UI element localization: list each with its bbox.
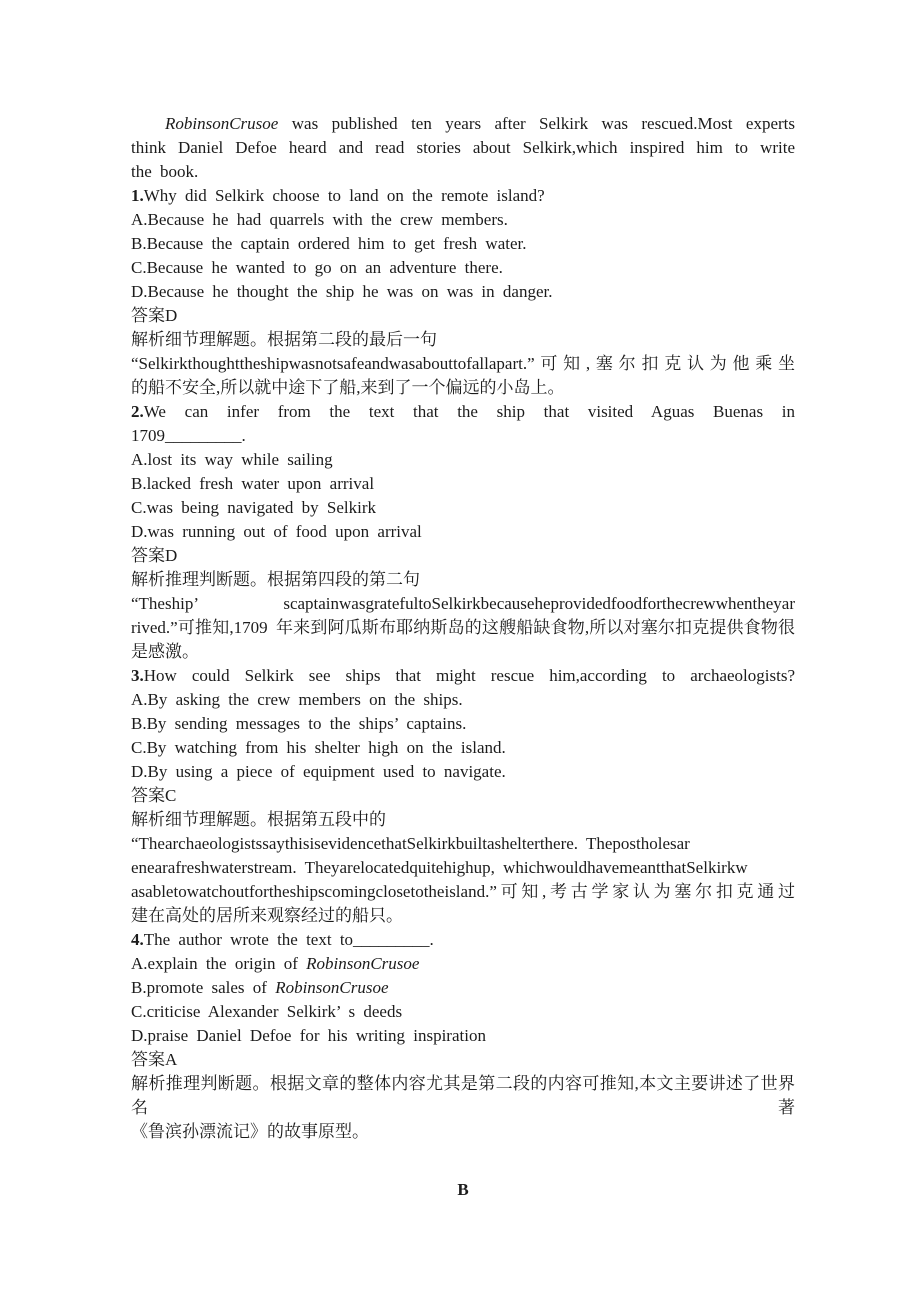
question-2: 2.We can infer from the text that the sh… xyxy=(131,400,795,424)
question-3: 3.How could Selkirk see ships that might… xyxy=(131,664,795,688)
text-segment: C.was being navigated by Selkirk xyxy=(131,498,376,517)
document-body: RobinsonCrusoe was published ten years a… xyxy=(131,112,795,1202)
text-segment: 的船不安全,所以就中途下了船,来到了一个偏远的小岛上。 xyxy=(131,378,565,397)
question-2-blank: 1709_________. xyxy=(131,424,795,448)
text-segment: 答案A xyxy=(131,1050,177,1069)
text-segment: RobinsonCrusoe xyxy=(165,114,278,133)
analysis-3-quote: asabletowatchoutfortheshipscomingcloseto… xyxy=(131,880,795,904)
text-segment: A.By asking the crew members on the ship… xyxy=(131,690,463,709)
document-page: RobinsonCrusoe was published ten years a… xyxy=(0,0,920,1302)
analysis-1: 解析细节理解题。根据第二段的最后一句 xyxy=(131,328,795,352)
option-2-a: A.lost its way while sailing xyxy=(131,448,795,472)
text-segment: 解析细节理解题。根据第五段中的 xyxy=(131,810,386,829)
text-segment: B.By sending messages to the ships’ capt… xyxy=(131,714,466,733)
text-segment: Why did Selkirk choose to land on the re… xyxy=(144,186,545,205)
text-segment: 1. xyxy=(131,186,144,205)
text-segment: 《鲁滨孙漂流记》的故事原型。 xyxy=(131,1122,369,1141)
option-2-b: B.lacked fresh water upon arrival xyxy=(131,472,795,496)
text-segment: 3. xyxy=(131,666,144,685)
analysis-3-text: 建在高处的居所来观察经过的船只。 xyxy=(131,904,795,928)
text-segment: D.By using a piece of equipment used to … xyxy=(131,762,506,781)
option-1-d: D.Because he thought the ship he was on … xyxy=(131,280,795,304)
option-4-a: A.explain the origin of RobinsonCrusoe xyxy=(131,952,795,976)
passage-line: RobinsonCrusoe was published ten years a… xyxy=(131,112,795,136)
text-segment: C.Because he wanted to go on an adventur… xyxy=(131,258,503,277)
text-segment: was published ten years after Selkirk wa… xyxy=(278,114,795,133)
passage-line: think Daniel Defoe heard and read storie… xyxy=(131,136,795,160)
option-3-b: B.By sending messages to the ships’ capt… xyxy=(131,712,795,736)
text-segment: “Theship’ scaptainwasgratefultoSelkirkbe… xyxy=(131,594,795,613)
text-segment: B.promote sales of xyxy=(131,978,275,997)
question-1: 1.Why did Selkirk choose to land on the … xyxy=(131,184,795,208)
text-segment: D.praise Daniel Defoe for his writing in… xyxy=(131,1026,486,1045)
text-segment: How could Selkirk see ships that might r… xyxy=(144,666,795,685)
text-segment: A.lost its way while sailing xyxy=(131,450,333,469)
blank-line xyxy=(131,1144,795,1168)
analysis-4-text: 《鲁滨孙漂流记》的故事原型。 xyxy=(131,1120,795,1144)
text-segment: 建在高处的居所来观察经过的船只。 xyxy=(131,906,403,925)
section-header-b: B xyxy=(131,1178,795,1202)
text-segment: 解析推理判断题。根据文章的整体内容尤其是第二段的内容可推知,本文主要讲述了世界名… xyxy=(131,1074,795,1117)
option-3-d: D.By using a piece of equipment used to … xyxy=(131,760,795,784)
text-segment: 2. xyxy=(131,402,144,421)
text-segment: C.criticise Alexander Selkirk’ s deeds xyxy=(131,1002,402,1021)
text-segment: 解析推理判断题。根据第四段的第二句 xyxy=(131,570,420,589)
option-1-a: A.Because he had quarrels with the crew … xyxy=(131,208,795,232)
analysis-1-text: 的船不安全,所以就中途下了船,来到了一个偏远的小岛上。 xyxy=(131,376,795,400)
text-segment: 答案C xyxy=(131,786,176,805)
analysis-2-quote: “Theship’ scaptainwasgratefultoSelkirkbe… xyxy=(131,592,795,616)
text-segment: “ThearchaeologistssaythisisevidencethatS… xyxy=(131,834,690,853)
analysis-4: 解析推理判断题。根据文章的整体内容尤其是第二段的内容可推知,本文主要讲述了世界名… xyxy=(131,1072,795,1120)
option-3-a: A.By asking the crew members on the ship… xyxy=(131,688,795,712)
question-4: 4.The author wrote the text to_________. xyxy=(131,928,795,952)
text-segment: “Selkirkthoughttheshipwasnotsafeandwasab… xyxy=(131,354,795,373)
analysis-2: 解析推理判断题。根据第四段的第二句 xyxy=(131,568,795,592)
text-segment: D.was running out of food upon arrival xyxy=(131,522,422,541)
passage-line: the book. xyxy=(131,160,795,184)
text-segment: think Daniel Defoe heard and read storie… xyxy=(131,138,795,157)
text-segment: A.explain the origin of xyxy=(131,954,306,973)
text-segment: asabletowatchoutfortheshipscomingcloseto… xyxy=(131,882,795,901)
analysis-3-quote: “ThearchaeologistssaythisisevidencethatS… xyxy=(131,832,795,856)
analysis-1-quote: “Selkirkthoughttheshipwasnotsafeandwasab… xyxy=(131,352,795,376)
text-segment: the book. xyxy=(131,162,198,181)
answer-3: 答案C xyxy=(131,784,795,808)
text-segment: 1709_________. xyxy=(131,426,246,445)
answer-1: 答案D xyxy=(131,304,795,328)
analysis-3: 解析细节理解题。根据第五段中的 xyxy=(131,808,795,832)
text-segment: D.Because he thought the ship he was on … xyxy=(131,282,552,301)
option-2-c: C.was being navigated by Selkirk xyxy=(131,496,795,520)
analysis-3-quote: enearafreshwaterstream. Theyarelocatedqu… xyxy=(131,856,795,880)
option-3-c: C.By watching from his shelter high on t… xyxy=(131,736,795,760)
text-segment: B.lacked fresh water upon arrival xyxy=(131,474,374,493)
text-segment: A.Because he had quarrels with the crew … xyxy=(131,210,508,229)
text-segment: 答案D xyxy=(131,306,177,325)
answer-2: 答案D xyxy=(131,544,795,568)
text-segment: RobinsonCrusoe xyxy=(306,954,419,973)
text-segment: 解析细节理解题。根据第二段的最后一句 xyxy=(131,330,437,349)
option-4-d: D.praise Daniel Defoe for his writing in… xyxy=(131,1024,795,1048)
text-segment: C.By watching from his shelter high on t… xyxy=(131,738,506,757)
option-4-b: B.promote sales of RobinsonCrusoe xyxy=(131,976,795,1000)
text-segment: B xyxy=(457,1180,468,1199)
text-segment: enearafreshwaterstream. Theyarelocatedqu… xyxy=(131,858,748,877)
text-segment: B.Because the captain ordered him to get… xyxy=(131,234,526,253)
analysis-2-text: rived.”可推知,1709 年来到阿瓜斯布耶纳斯岛的这艘船缺食物,所以对塞尔… xyxy=(131,616,795,640)
text-segment: RobinsonCrusoe xyxy=(275,978,388,997)
text-segment: We can infer from the text that the ship… xyxy=(144,402,795,421)
answer-4: 答案A xyxy=(131,1048,795,1072)
text-segment: The author wrote the text to_________. xyxy=(144,930,434,949)
text-segment: 是感激。 xyxy=(131,642,199,661)
text-segment: rived.”可推知,1709 年来到阿瓜斯布耶纳斯岛的这艘船缺食物,所以对塞尔… xyxy=(131,618,795,637)
text-segment: 4. xyxy=(131,930,144,949)
analysis-2-text: 是感激。 xyxy=(131,640,795,664)
option-2-d: D.was running out of food upon arrival xyxy=(131,520,795,544)
option-4-c: C.criticise Alexander Selkirk’ s deeds xyxy=(131,1000,795,1024)
text-segment: 答案D xyxy=(131,546,177,565)
option-1-c: C.Because he wanted to go on an adventur… xyxy=(131,256,795,280)
option-1-b: B.Because the captain ordered him to get… xyxy=(131,232,795,256)
